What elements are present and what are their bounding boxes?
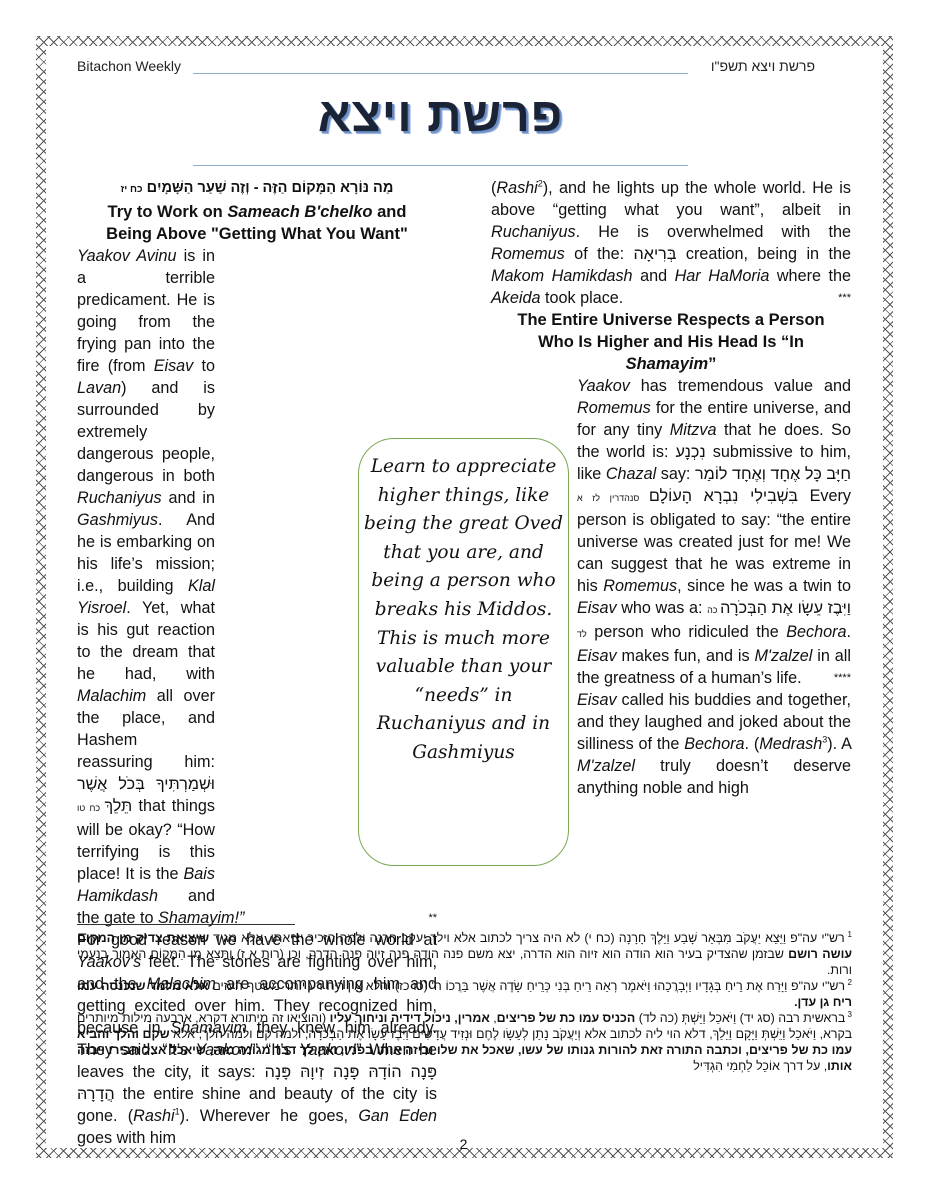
hebrew-verse-heading: מַה נּוֹרָא הַמָּקוֹם הַזֶּה - וְזֶה שַׁ… bbox=[77, 177, 437, 201]
text-run: is in a terrible predicament. He is goin… bbox=[77, 247, 215, 375]
footnote-1: 1 רש"י עה"פ וַיֵּצֵא יַעֲקֹב מִבְּאֵר שָ… bbox=[77, 930, 852, 978]
verse-reference: כח יז bbox=[121, 184, 143, 195]
footnote-text: הכניס עמו כת של פריצים bbox=[497, 1011, 636, 1025]
hebrew-verse: מַה נּוֹרָא הַמָּקוֹם הַזֶּה - וְזֶה שַׁ… bbox=[147, 180, 394, 196]
text-run: Yaakov bbox=[577, 377, 630, 395]
hebrew-quote: נִכְנָע bbox=[676, 443, 706, 461]
footnote-text: רש"י עה"פ וַיֵּצֵא יַעֲקֹב מִבְּאֵר שָׁב… bbox=[209, 931, 845, 945]
text-run: Romemus bbox=[491, 245, 565, 263]
text-run: . He is overwhelmed with the bbox=[576, 223, 851, 241]
page-number: 2 bbox=[0, 1136, 927, 1152]
text-run: Eisav bbox=[577, 691, 617, 709]
page-title: פרשת ויצא bbox=[193, 88, 688, 143]
text-run: M'zalzel bbox=[754, 647, 812, 665]
text-run: has tremendous value and bbox=[630, 377, 851, 395]
text-run: Gan Eden bbox=[358, 1107, 437, 1125]
text-run: Bechora bbox=[786, 623, 846, 641]
text-run: Yaakov Avinu bbox=[77, 247, 177, 265]
footnote-text: אמרין, ניכול דידיה וניחוך עליו bbox=[330, 1011, 490, 1025]
footnote-text: שבזמן שהצדיק בעיר הוא הודה הוא זיוה הוא … bbox=[77, 947, 852, 977]
text-run: person who ridiculed the bbox=[587, 623, 786, 641]
source-reference: סנהדרין לז א bbox=[577, 493, 649, 503]
article-heading-1: Try to Work on Sameach B'chelko and Bein… bbox=[77, 201, 437, 245]
heading-text: Who Is Higher and His Head Is “In bbox=[538, 333, 804, 351]
text-run: Lavan bbox=[77, 379, 121, 397]
text-run: say: bbox=[656, 465, 695, 483]
text-run: Gashmiyus bbox=[77, 511, 158, 529]
text-run: . bbox=[847, 623, 852, 641]
publication-name: Bitachon Weekly bbox=[77, 58, 181, 74]
footnote-separator bbox=[77, 924, 295, 925]
footnote-text: , על דרך אוֹכֵל לַחְמִי הִגְדִּיל bbox=[693, 1059, 827, 1073]
heading-italic: Shamayim bbox=[626, 355, 709, 373]
section-separator: *** bbox=[838, 287, 851, 309]
text-run: where the bbox=[769, 267, 851, 285]
text-run: Bechora bbox=[684, 735, 744, 753]
text-run: took place. bbox=[541, 289, 624, 307]
text-run: Medrash bbox=[759, 735, 822, 753]
paragraph-text: Yaakov has tremendous value and Romemus … bbox=[577, 377, 851, 687]
text-run: M'zalzel bbox=[577, 757, 635, 775]
footnotes: 1 רש"י עה"פ וַיֵּצֵא יַעֲקֹב מִבְּאֵר שָ… bbox=[77, 930, 852, 1074]
footnote-text: בראשית רבה (סג יד) וַיֹּאכַל וַיֵּשְׁתְּ… bbox=[635, 1011, 845, 1025]
text-run: Chazal bbox=[606, 465, 656, 483]
text-run: Ruchaniyus bbox=[77, 489, 162, 507]
title-rule bbox=[193, 165, 688, 166]
text-run: and in bbox=[162, 489, 215, 507]
text-run: Eisav bbox=[577, 599, 617, 617]
text-run: Har HaMoria bbox=[675, 267, 770, 285]
text-run: Rashi bbox=[133, 1107, 174, 1125]
footnote-text: רש"י עה"פ וַיָּרַח אֶת רֵיחַ בְּגָדָיו ו… bbox=[209, 979, 845, 993]
paragraph-text: (Rashi2), and he lights up the whole wor… bbox=[491, 179, 851, 307]
heading-italic: Sameach B'chelko bbox=[227, 203, 372, 221]
heading-text: Try to Work on bbox=[108, 203, 228, 221]
heading-text: Being Above "Getting What You Want" bbox=[106, 225, 408, 243]
text-run: creation, being in the bbox=[677, 245, 851, 263]
text-run: Akeida bbox=[491, 289, 541, 307]
text-run: Ruchaniyus bbox=[491, 223, 576, 241]
footnote-3: 3 בראשית רבה (סג יד) וַיֹּאכַל וַיֵּשְׁת… bbox=[77, 1010, 852, 1074]
text-run: Malachim bbox=[77, 687, 146, 705]
text-run: ), and he lights up the whole world. He … bbox=[491, 179, 851, 219]
text-run: Rashi bbox=[496, 179, 537, 197]
pull-quote-callout: Learn to appreciate higher things, like … bbox=[358, 438, 569, 866]
text-run: to bbox=[193, 357, 215, 375]
heading-text: The Entire Universe Respects a Person bbox=[517, 311, 824, 329]
heading-text: ” bbox=[708, 355, 716, 373]
text-run: Eisav bbox=[577, 647, 617, 665]
footnote-2: 2 רש"י עה"פ וַיָּרַח אֶת רֵיחַ בְּגָדָיו… bbox=[77, 978, 852, 1010]
text-run: who was a: bbox=[617, 599, 707, 617]
pull-quote-text: Learn to appreciate higher things, like … bbox=[364, 456, 563, 763]
text-run: makes fun, and is bbox=[617, 647, 755, 665]
text-run: Makom Hamikdash bbox=[491, 267, 633, 285]
footnote-number: 1 bbox=[845, 930, 852, 939]
text-run: Romemus bbox=[577, 399, 651, 417]
hebrew-quote: בְּרִיאָה bbox=[634, 245, 677, 263]
text-run: . ( bbox=[745, 735, 760, 753]
text-run: ). A bbox=[827, 735, 851, 753]
text-run: of the: bbox=[565, 245, 634, 263]
text-run: , since he was a twin to bbox=[677, 577, 851, 595]
footnote-number: 3 bbox=[845, 1010, 852, 1019]
paragraph: (Rashi2), and he lights up the whole wor… bbox=[491, 177, 851, 309]
footnote-text: , bbox=[490, 1011, 497, 1025]
text-run: Romemus bbox=[603, 577, 677, 595]
header-rule bbox=[193, 73, 688, 74]
parsha-date-header: פרשת ויצא תשפ"ו bbox=[711, 58, 815, 74]
source-reference: כח טו bbox=[77, 803, 104, 813]
section-separator: **** bbox=[834, 667, 851, 689]
article-heading-2: The Entire Universe Respects a Person Wh… bbox=[491, 309, 851, 375]
footnote-number: 2 bbox=[845, 978, 852, 987]
text-run: and bbox=[633, 267, 675, 285]
text-run: ). Wherever he goes, bbox=[180, 1107, 359, 1125]
text-run: Mitzva bbox=[670, 421, 717, 439]
text-run: Eisav bbox=[154, 357, 194, 375]
hebrew-quote: וַיִּבֶז עֵשָׂו אֶת הַבְּכֹרָה bbox=[720, 599, 851, 617]
heading-text: and bbox=[373, 203, 407, 221]
section-separator: ** bbox=[428, 907, 437, 929]
